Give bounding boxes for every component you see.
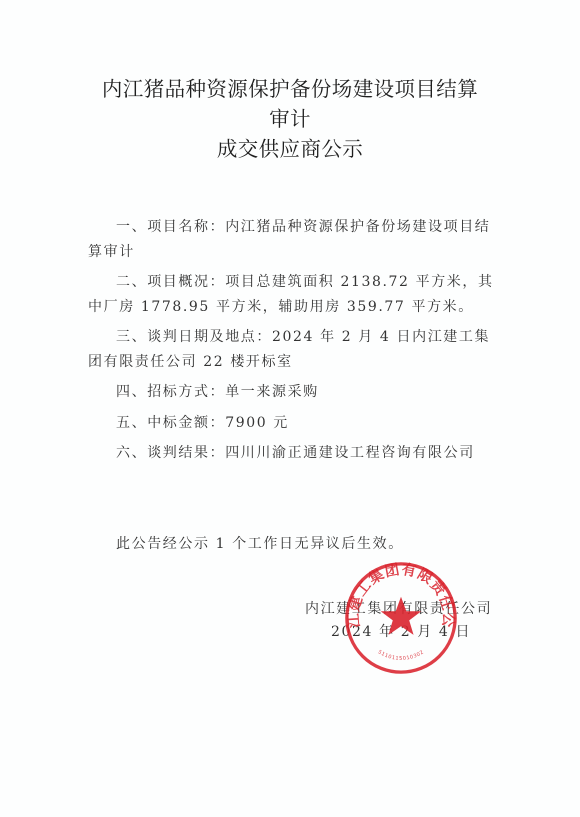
- item-value: 四川川渝正通建设工程咨询有限公司: [225, 445, 475, 461]
- effective-notice: 此公告经公示 1 个工作日无异议后生效。: [116, 533, 404, 553]
- item-project-name: 一、项目名称：内江猪品种资源保护备份场建设项目结算审计: [88, 215, 498, 264]
- svg-text:5110115010302: 5110115010302: [377, 649, 426, 662]
- seal-icon: 内江建工集团有限责任公司 5110115010302: [343, 560, 459, 676]
- seal-serial: 5110115010302: [377, 649, 426, 662]
- item-value: 7900 元: [225, 415, 289, 431]
- item-winning-amount: 五、中标金额：7900 元: [88, 411, 498, 436]
- item-label: 五、中标金额：: [116, 415, 225, 431]
- item-value: 单一来源采购: [225, 384, 319, 400]
- item-label: 三、谈判日期及地点：: [116, 329, 272, 345]
- item-label: 一、项目名称：: [116, 219, 225, 235]
- title-line-3: 成交供应商公示: [0, 134, 580, 164]
- item-label: 六、谈判结果：: [116, 445, 225, 461]
- item-label: 四、招标方式：: [116, 384, 225, 400]
- title-line-2: 审计: [0, 104, 580, 134]
- item-label: 二、项目概况：: [116, 274, 225, 290]
- item-negotiation-date-place: 三、谈判日期及地点：2024 年 2 月 4 日内江建工集团有限责任公司 22 …: [88, 325, 498, 374]
- announcement-body: 一、项目名称：内江猪品种资源保护备份场建设项目结算审计 二、项目概况：项目总建筑…: [88, 215, 498, 472]
- document-page: 内江猪品种资源保护备份场建设项目结算 审计 成交供应商公示 一、项目名称：内江猪…: [0, 0, 580, 817]
- company-seal-stamp: 内江建工集团有限责任公司 5110115010302: [343, 560, 459, 676]
- title-line-1: 内江猪品种资源保护备份场建设项目结算: [0, 74, 580, 104]
- item-negotiation-result: 六、谈判结果：四川川渝正通建设工程咨询有限公司: [88, 441, 498, 466]
- item-bidding-method: 四、招标方式：单一来源采购: [88, 380, 498, 405]
- document-title: 内江猪品种资源保护备份场建设项目结算 审计 成交供应商公示: [0, 74, 580, 164]
- item-project-overview: 二、项目概况：项目总建筑面积 2138.72 平方米，其中厂房 1778.95 …: [88, 270, 498, 319]
